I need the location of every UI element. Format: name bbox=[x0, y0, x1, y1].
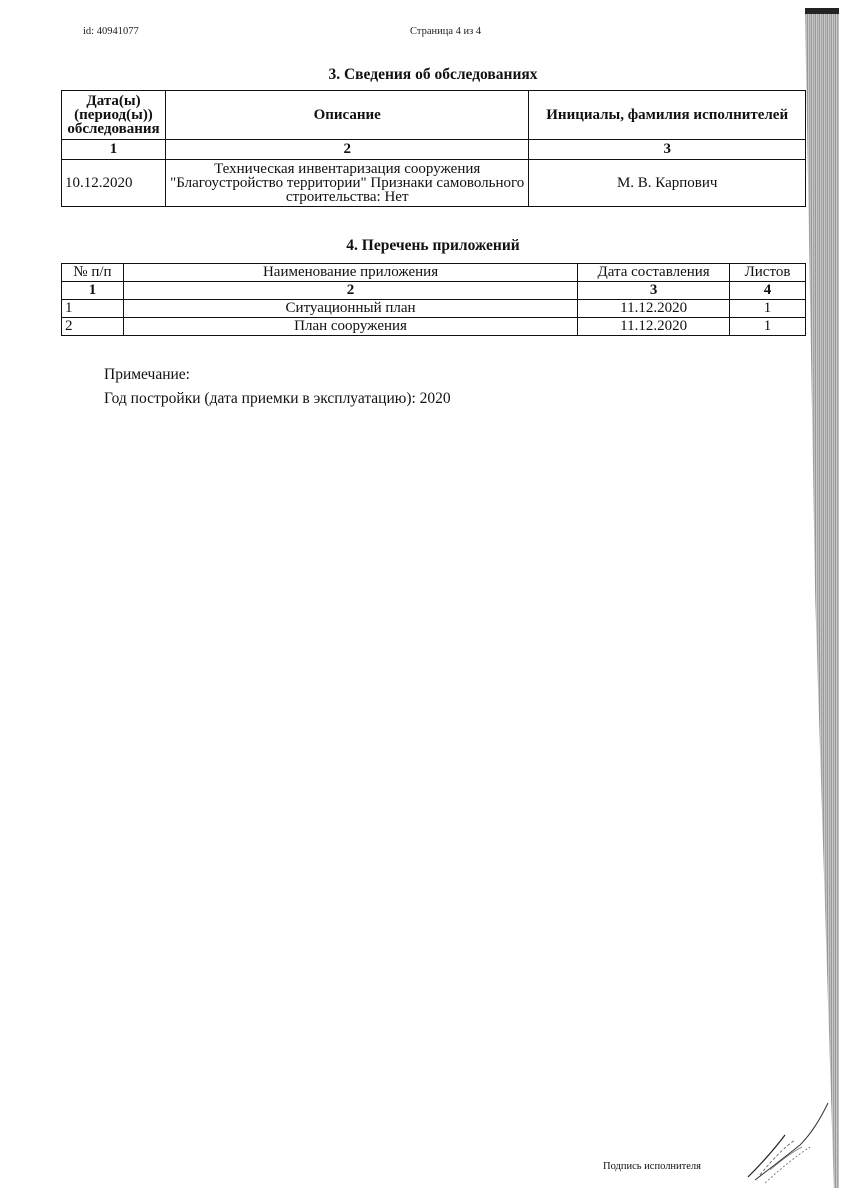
inspection-description: Техническая инвентаризация сооружения "Б… bbox=[165, 160, 528, 207]
attachment-date: 11.12.2020 bbox=[578, 300, 730, 318]
col-num: 3 bbox=[578, 282, 730, 300]
col-num: 1 bbox=[62, 140, 166, 160]
note-label: Примечание: bbox=[104, 366, 190, 384]
header-date: Дата составления bbox=[578, 264, 730, 282]
column-number-row: 1 2 3 4 bbox=[62, 282, 806, 300]
header-num: № п/п bbox=[62, 264, 124, 282]
col-num: 2 bbox=[165, 140, 528, 160]
section4-title: 4. Перечень приложений bbox=[0, 237, 855, 255]
table-row: 10.12.2020 Техническая инвентаризация со… bbox=[62, 160, 806, 207]
header-performer: Инициалы, фамилия исполнителей bbox=[529, 91, 806, 140]
inspection-date: 10.12.2020 bbox=[62, 160, 166, 207]
signature-scribble bbox=[740, 1095, 835, 1185]
table-header-row: Дата(ы) (период(ы)) обследования Описани… bbox=[62, 91, 806, 140]
row-num: 1 bbox=[62, 300, 124, 318]
col-num: 3 bbox=[529, 140, 806, 160]
attachment-name: План сооружения bbox=[123, 318, 577, 336]
attachment-sheets: 1 bbox=[730, 318, 806, 336]
table-header-row: № п/п Наименование приложения Дата соста… bbox=[62, 264, 806, 282]
header-date: Дата(ы) (период(ы)) обследования bbox=[62, 91, 166, 140]
header-sheets: Листов bbox=[730, 264, 806, 282]
col-num: 4 bbox=[730, 282, 806, 300]
attachment-name: Ситуационный план bbox=[123, 300, 577, 318]
scan-edge-shadow bbox=[805, 8, 839, 1188]
section3-title: 3. Сведения об обследованиях bbox=[0, 66, 855, 84]
attachment-date: 11.12.2020 bbox=[578, 318, 730, 336]
attachments-table: № п/п Наименование приложения Дата соста… bbox=[61, 263, 806, 336]
page-number: Страница 4 из 4 bbox=[410, 26, 481, 37]
document-id: id: 40941077 bbox=[83, 26, 139, 37]
column-number-row: 1 2 3 bbox=[62, 140, 806, 160]
table-row: 1 Ситуационный план 11.12.2020 1 bbox=[62, 300, 806, 318]
note-text: Год постройки (дата приемки в эксплуатац… bbox=[104, 390, 451, 408]
signature-label: Подпись исполнителя bbox=[603, 1161, 701, 1172]
row-num: 2 bbox=[62, 318, 124, 336]
inspections-table: Дата(ы) (период(ы)) обследования Описани… bbox=[61, 90, 806, 207]
header-description: Описание bbox=[165, 91, 528, 140]
scan-edge-top bbox=[805, 8, 839, 14]
col-num: 2 bbox=[123, 282, 577, 300]
table-row: 2 План сооружения 11.12.2020 1 bbox=[62, 318, 806, 336]
attachment-sheets: 1 bbox=[730, 300, 806, 318]
inspection-performer: М. В. Карпович bbox=[529, 160, 806, 207]
col-num: 1 bbox=[62, 282, 124, 300]
header-name: Наименование приложения bbox=[123, 264, 577, 282]
